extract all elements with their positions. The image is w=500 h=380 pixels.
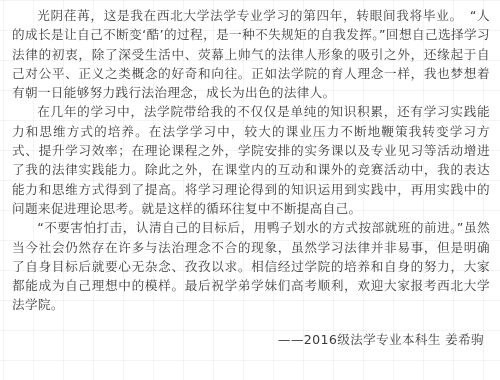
paragraph-learning: 在几年的学习中，法学院带给我的不仅仅是单纯的知识积累，还有学习实践能力和思维方式… — [12, 102, 490, 218]
paragraph-advice: “不要害怕打击，认清自己的目标后，用鸭子划水的方式按部就班的前进。”虽然当今社会… — [12, 218, 490, 314]
paragraph-intro: 光阴荏苒，这是我在西北大学法学专业学习的第四年，转眼间我将毕业。 “人的成长是让… — [12, 6, 490, 102]
testimonial-article: 光阴荏苒，这是我在西北大学法学专业学习的第四年，转眼间我将毕业。 “人的成长是让… — [12, 6, 490, 349]
author-signature: ——2016级法学专业本科生 姜希驹 — [12, 330, 490, 349]
